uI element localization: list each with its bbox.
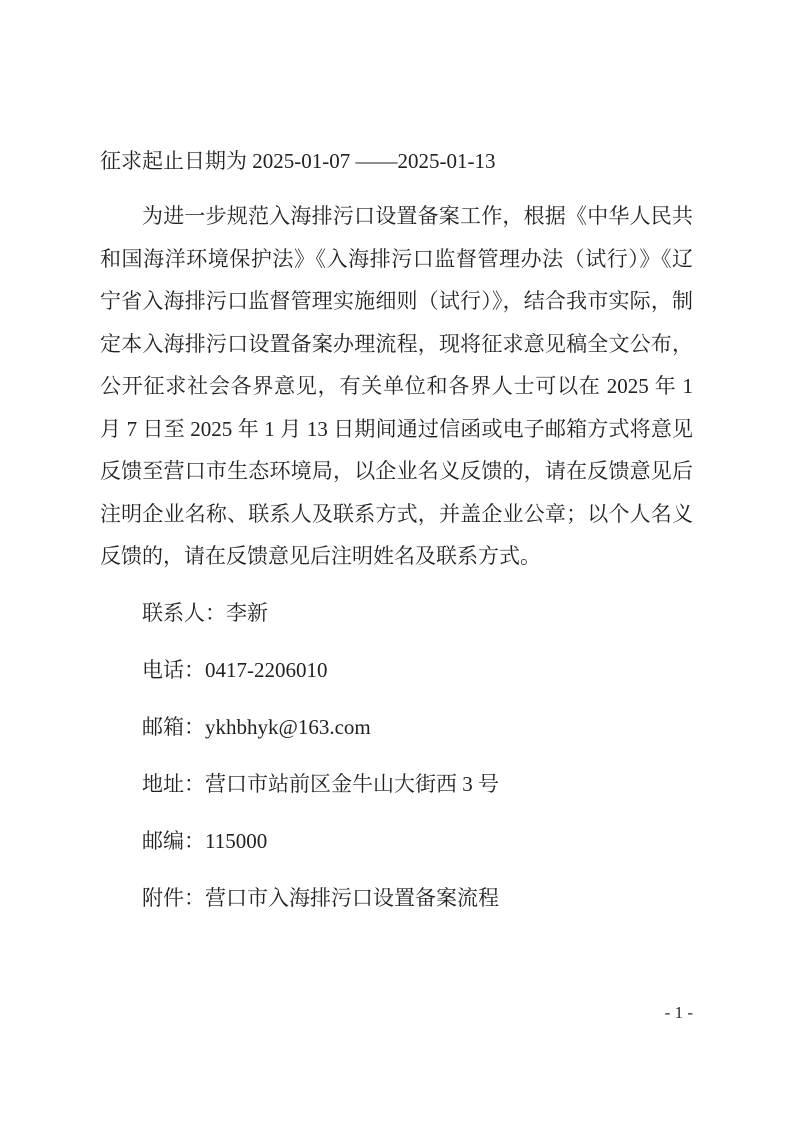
address-line: 地址：营口市站前区金牛山大街西 3 号 xyxy=(100,772,693,796)
attachment-line: 附件：营口市入海排污口设置备案流程 xyxy=(100,886,693,910)
email-line: 邮箱：ykhbhyk@163.com xyxy=(100,715,693,739)
postal-code-line: 邮编：115000 xyxy=(100,829,693,853)
document-page: 征求起止日期为 2025-01-07 ——2025-01-13 为进一步规范入海… xyxy=(0,0,793,1122)
consultation-period-line: 征求起止日期为 2025-01-07 ——2025-01-13 xyxy=(100,148,693,174)
document-content: 征求起止日期为 2025-01-07 ——2025-01-13 为进一步规范入海… xyxy=(100,148,693,910)
phone-line: 电话：0417-2206010 xyxy=(100,658,693,682)
body-paragraph: 为进一步规范入海排污口设置备案工作，根据《中华人民共和国海洋环境保护法》《入海排… xyxy=(100,195,693,578)
page-number: - 1 - xyxy=(665,1004,693,1022)
contact-person-line: 联系人：李新 xyxy=(100,601,693,625)
